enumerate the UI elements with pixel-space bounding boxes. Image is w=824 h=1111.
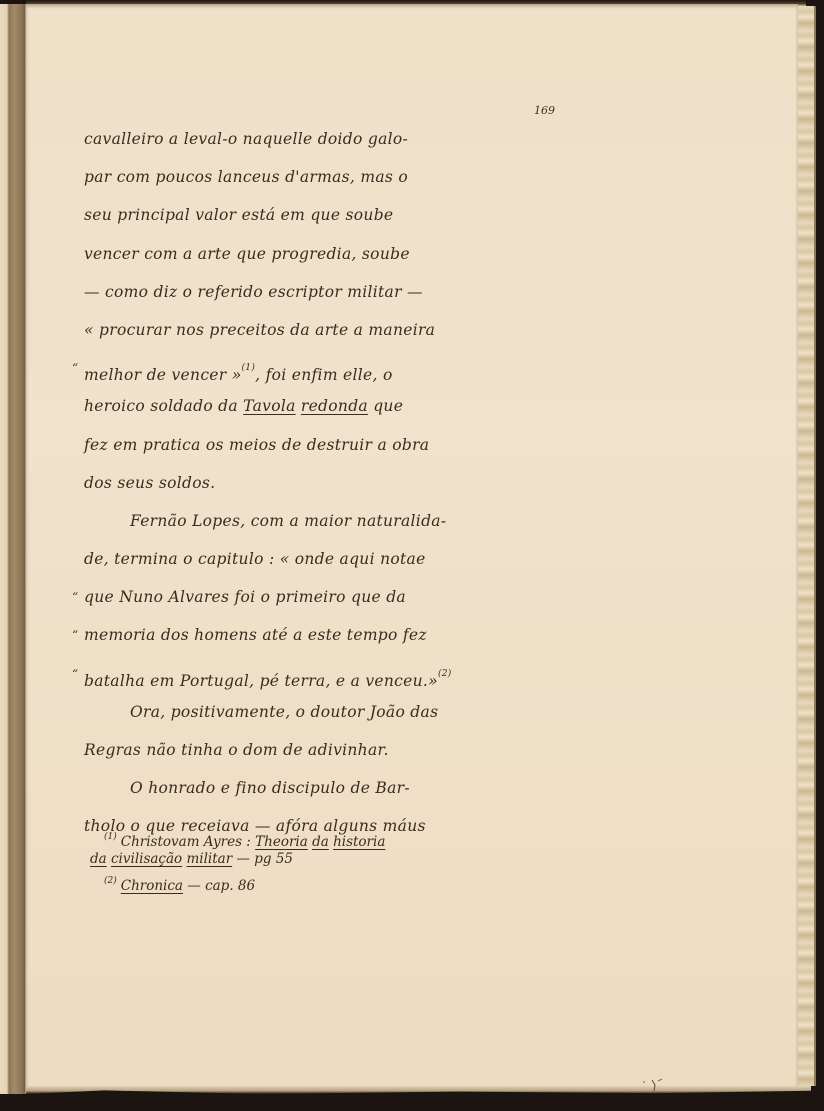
body-line-4: vencer com a arte que progredia, soube (84, 235, 554, 273)
book-binding-edge (0, 4, 26, 1094)
footnote-ref-1: (1) (242, 363, 256, 373)
paper-speck-marks (640, 1078, 670, 1092)
body-line-9: fez em pratica os meios de destruir a ob… (84, 426, 554, 464)
footnote-title-word: Chronica (121, 878, 183, 894)
line-continuation: que (368, 397, 403, 415)
body-line-8: heroico soldado da Tavola redonda que (84, 387, 554, 425)
body-line-7: melhor de vencer »(1), foi enfim elle, o (84, 349, 554, 387)
footnote-ref-2: (2) (438, 669, 452, 679)
body-line-5: — como diz o referido escriptor militar … (84, 273, 554, 311)
line-text: heroico soldado da (84, 397, 243, 415)
deckle-right-edge (798, 6, 816, 1086)
quote-text: melhor de vencer » (84, 366, 242, 384)
manuscript-scan: 169 cavalleiro a leval-o naquelle doido … (0, 0, 824, 1111)
line-continuation: , foi enfim elle, o (255, 366, 392, 384)
body-line-2: par com poucos lanceus d'armas, mas o (84, 158, 554, 196)
footnote-1: (1)Christovam Ayres : Theoria da histori… (104, 826, 544, 848)
underlined-word-redonda: redonda (301, 397, 368, 415)
quote-text: batalha em Portugal, pé terra, e a vence… (84, 672, 438, 690)
footnote-1-continuation: da civilisação militar — pg 55 (90, 848, 544, 870)
footnote-marker-1: (1) (104, 832, 117, 842)
footnotes: (1)Christovam Ayres : Theoria da histori… (104, 826, 544, 892)
body-line-1: cavalleiro a leval-o naquelle doido galo… (84, 120, 554, 158)
body-line-12: de, termina o capitulo : « onde aqui not… (84, 540, 554, 578)
footnote-title-word: historia (333, 834, 385, 850)
body-line-16: Ora, positivamente, o doutor João das (84, 693, 554, 731)
footnote-title-word: civilisação (111, 851, 182, 867)
body-line-11: Fernão Lopes, com a maior naturalida- (84, 502, 554, 540)
manuscript-body: cavalleiro a leval-o naquelle doido galo… (84, 120, 554, 846)
body-line-14: memoria dos homens até a este tempo fez (84, 616, 554, 654)
body-line-3: seu principal valor está em que soube (84, 196, 554, 234)
footnote-title-word: militar (186, 851, 232, 867)
page-number: 169 (534, 104, 555, 117)
body-line-17: Regras não tinha o dom de adivinhar. (84, 731, 554, 769)
body-line-15: batalha em Portugal, pé terra, e a vence… (84, 655, 554, 693)
body-line-18: O honrado e fino discipulo de Bar- (84, 769, 554, 807)
deckle-bottom-edge (26, 1086, 811, 1094)
body-line-10: dos seus soldos. (84, 464, 554, 502)
underlined-word-tavola: Tavola (243, 397, 295, 415)
body-line-13: que Nuno Alvares foi o primeiro que da (84, 578, 554, 616)
footnote-chapter-ref: — cap. 86 (183, 878, 255, 894)
footnote-2: (2)Chronica — cap. 86 (104, 870, 544, 892)
footnote-marker-2: (2) (104, 876, 117, 886)
footnote-title-word: da (312, 834, 329, 850)
body-line-6: « procurar nos preceitos da arte a manei… (84, 311, 554, 349)
footnote-page-ref: — pg 55 (232, 851, 293, 867)
footnote-title-word: da (90, 851, 107, 867)
